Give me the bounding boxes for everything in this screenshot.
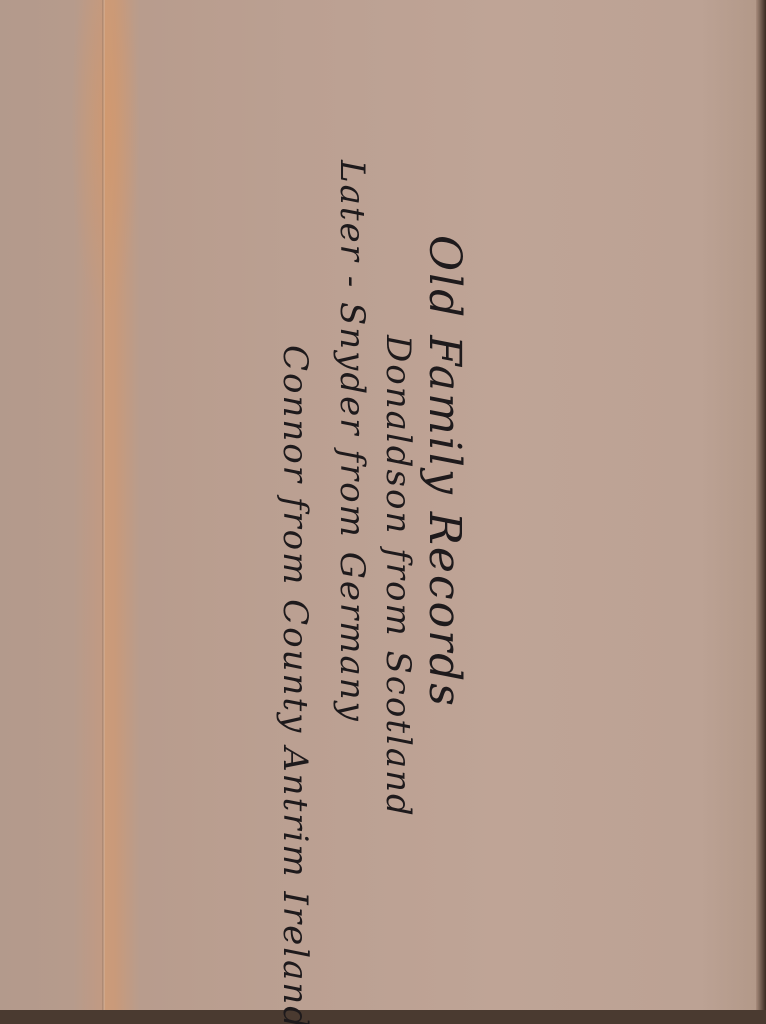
handwritten-line-snyder: Later - Snyder from Germany [332,160,372,723]
heading-line: Old Family Records [419,235,470,708]
handwritten-line-connor: Connor from County Antrim Ireland [275,345,315,1024]
page-edge [756,0,766,1024]
age-stain [70,0,140,320]
handwritten-line-donaldson: Donaldson from Scotland [378,335,418,818]
page-fold [102,0,105,1024]
paper-page: Old Family Records Donaldson from Scotla… [0,0,766,1024]
table-surface [0,1010,766,1024]
